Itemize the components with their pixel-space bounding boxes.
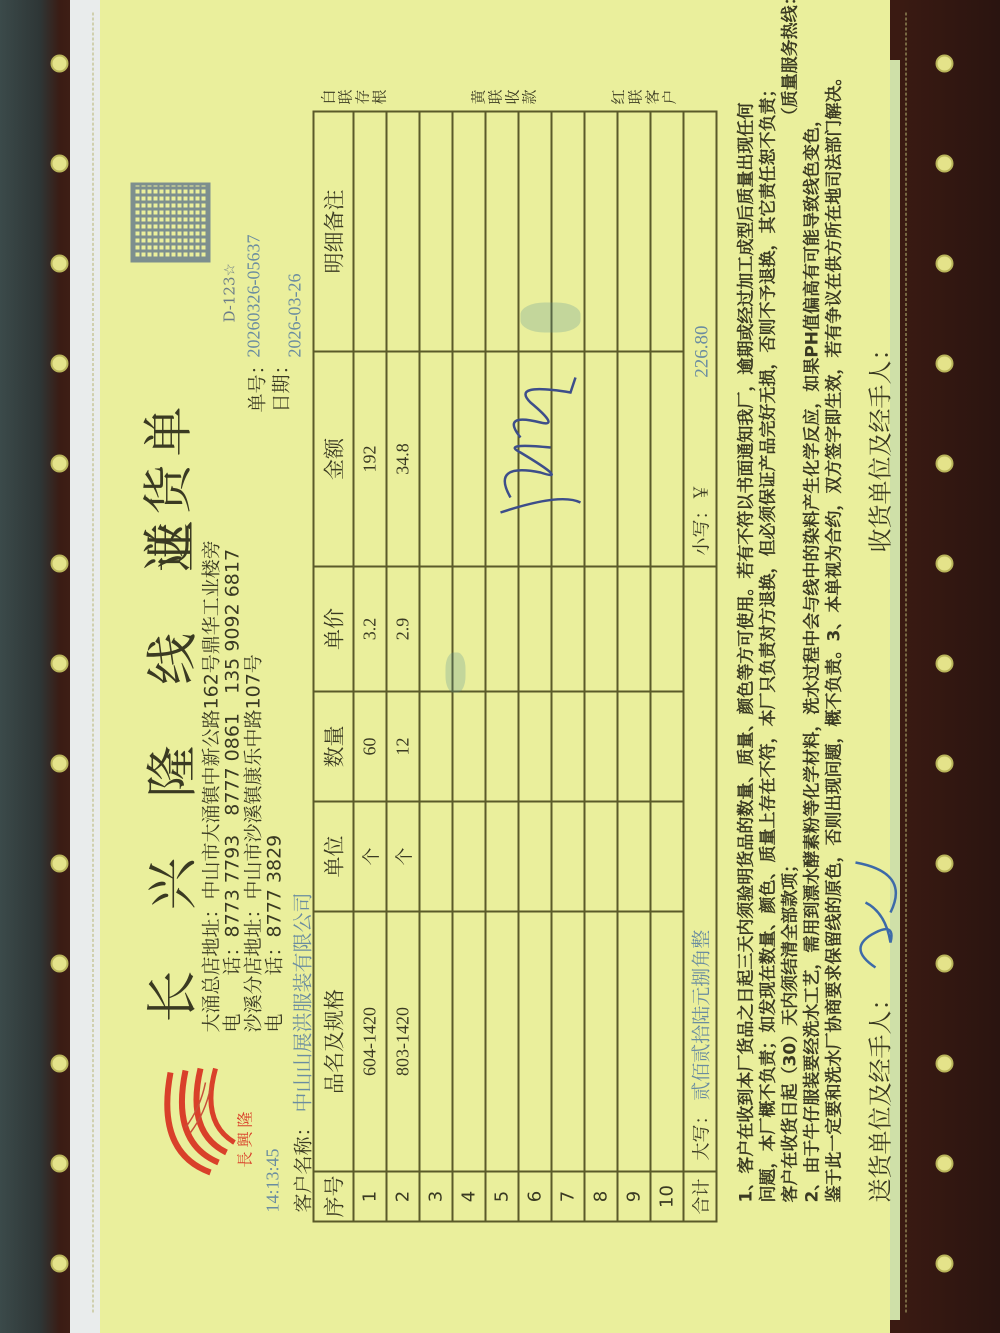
row-no: 1 (354, 1172, 387, 1222)
table-row: 1 604-1420 个 60 3.2 192 (354, 112, 387, 1222)
row-amount: 34.8 (387, 352, 420, 567)
header-qty: 数量 (314, 692, 354, 802)
row-item (519, 912, 552, 1172)
table-row: 10 (651, 112, 684, 1222)
branch-phone: 电 话：8777 3829 (260, 835, 287, 1033)
row-unit (453, 802, 486, 912)
row-unit (618, 802, 651, 912)
row-item (453, 912, 486, 1172)
terms-line-2: 问题，本厂概不负责；如发现在数量、颜色、质量上存在不符，本厂只负责对方退换，但必… (758, 103, 780, 1203)
row-qty (618, 692, 651, 802)
header-no: 序号 (314, 1172, 354, 1222)
header-unit: 单位 (314, 802, 354, 912)
tractor-holes-top (51, 0, 81, 1333)
row-qty: 60 (354, 692, 387, 802)
print-time: 14:13:45 (263, 1148, 284, 1212)
row-qty (552, 692, 585, 802)
row-unit (420, 802, 453, 912)
qr-code (131, 183, 211, 263)
row-note (585, 112, 618, 352)
row-no: 6 (519, 1172, 552, 1222)
row-no: 8 (585, 1172, 618, 1222)
date-value: 2026-03-26 (285, 274, 306, 358)
sender-signature (836, 853, 916, 973)
row-no: 7 (552, 1172, 585, 1222)
row-item (585, 912, 618, 1172)
row-price (651, 567, 684, 692)
terms-line-3: 客户在收货日起（30）天内须结清全部款项；（质量服务热线：13420441892… (780, 103, 802, 1203)
row-no: 3 (420, 1172, 453, 1222)
row-qty (420, 692, 453, 802)
print-code: D-123☆ (221, 263, 239, 322)
copy-yellow-label: 黄联收款 (471, 87, 539, 108)
receiver-signature-label: 收货单位及经手人： (861, 337, 896, 553)
row-price (552, 567, 585, 692)
row-note (486, 112, 519, 352)
row-no: 4 (453, 1172, 486, 1222)
row-amount (618, 352, 651, 567)
delivery-note: 長興隆 长 兴 隆 线 业 送货单 大涌总店地址：中山市大涌镇中新公路162号鼎… (1, 0, 1000, 1333)
row-item: 604-1420 (354, 912, 387, 1172)
tractor-holes-bottom (936, 0, 966, 1333)
uppercase-value: 贰佰贰拾陆元捌角整 (692, 930, 713, 1101)
row-note (387, 112, 420, 352)
row-price (519, 567, 552, 692)
row-no: 9 (618, 1172, 651, 1222)
copy-red-label: 红联客户 (611, 87, 679, 108)
row-note (618, 112, 651, 352)
row-amount (651, 352, 684, 567)
row-qty (486, 692, 519, 802)
header-amount: 金额 (314, 352, 354, 567)
copy-white-label: 白联存根 (321, 87, 389, 108)
uppercase-label: 大写： (692, 1107, 713, 1161)
header-note: 明细备注 (314, 112, 354, 352)
row-price (585, 567, 618, 692)
row-amount: 192 (354, 352, 387, 567)
perforation-line-top (93, 13, 94, 1313)
row-unit (651, 802, 684, 912)
document-title: 送货单 (129, 399, 201, 573)
order-no-value: 20260326-05637 (244, 235, 265, 358)
total-row: 合计 大写： 贰佰贰拾陆元捌角整 小写：￥ 226.80 (684, 112, 717, 1222)
row-qty (585, 692, 618, 802)
delivery-note-rotated: 長興隆 长 兴 隆 线 业 送货单 大涌总店地址：中山市大涌镇中新公路162号鼎… (1, 0, 1000, 1333)
row-note (420, 112, 453, 352)
row-unit (486, 802, 519, 912)
row-price (618, 567, 651, 692)
terms-payment: 客户在收货日起（30）天内须结清全部款项； (781, 856, 801, 1203)
row-unit (585, 802, 618, 912)
sender-signature-label: 送货单位及经手人： (861, 987, 896, 1203)
table-row: 8 (585, 112, 618, 1222)
quality-hotline: （质量服务热线：13420441892） (781, 0, 801, 856)
lowercase-value: 226.80 (691, 326, 712, 378)
row-price: 2.9 (387, 567, 420, 692)
total-lowercase: 小写：￥ 226.80 (684, 112, 717, 567)
row-note (453, 112, 486, 352)
table-row: 7 (552, 112, 585, 1222)
row-item (486, 912, 519, 1172)
row-item (618, 912, 651, 1172)
row-no: 5 (486, 1172, 519, 1222)
row-item (420, 912, 453, 1172)
ink-blot (521, 303, 581, 333)
row-item (651, 912, 684, 1172)
order-no-label: 单号： (243, 355, 270, 412)
terms-line-5: 鉴于此一定要和洗水厂协商要求保留线的原色，否则出现问题，概不负责。3、本单视为合… (824, 103, 846, 1203)
handwritten-signature (481, 373, 601, 523)
row-unit: 个 (387, 802, 420, 912)
row-item: 803-1420 (387, 912, 420, 1172)
row-qty (519, 692, 552, 802)
row-amount (420, 352, 453, 567)
row-qty: 12 (387, 692, 420, 802)
terms-line-4: 2、由于牛仔服装要经洗水工艺，需用到漂水酵素粉等化学材料，洗水过程中会与线中的染… (802, 103, 824, 1203)
table-row: 5 (486, 112, 519, 1222)
row-unit: 个 (354, 802, 387, 912)
header-price: 单价 (314, 567, 354, 692)
row-item (552, 912, 585, 1172)
row-note (354, 112, 387, 352)
table-row: 6 (519, 112, 552, 1222)
row-price (486, 567, 519, 692)
total-label: 合计 (684, 1172, 717, 1222)
terms-line-1: 1、客户在收到本厂货品之日起三天内须验明货品的数量、质量、颜色等方可使用。若有不… (736, 103, 758, 1203)
customer-label: 客户名称： (289, 1117, 316, 1212)
logo-text: 長興隆 (233, 1107, 256, 1167)
perforation-line-bottom (906, 13, 907, 1313)
row-qty (453, 692, 486, 802)
company-logo-icon (151, 1063, 241, 1183)
table-row: 9 (618, 112, 651, 1222)
row-no: 10 (651, 1172, 684, 1222)
row-price: 3.2 (354, 567, 387, 692)
branch-phone-label: 电 话： (264, 937, 286, 1032)
row-unit (552, 802, 585, 912)
terms-and-conditions: 1、客户在收到本厂货品之日起三天内须验明货品的数量、质量、颜色等方可使用。若有不… (736, 103, 846, 1203)
customer-name: 中山山展洪服装有限公司 (287, 893, 316, 1113)
company-name: 长 兴 隆 线 业 (131, 498, 206, 1022)
items-table: 序号 品名及规格 单位 数量 单价 金额 明细备注 1 604-1420 个 6… (313, 111, 718, 1223)
lowercase-label: 小写：￥ (691, 484, 712, 556)
row-qty (651, 692, 684, 802)
row-note (651, 112, 684, 352)
branch-phone-value: 8777 3829 (264, 835, 286, 938)
row-no: 2 (387, 1172, 420, 1222)
ink-blot (446, 653, 466, 693)
header-item: 品名及规格 (314, 912, 354, 1172)
table-row: 2 803-1420 个 12 2.9 34.8 (387, 112, 420, 1222)
date-label: 日期： (267, 355, 294, 412)
total-uppercase: 大写： 贰佰贰拾陆元捌角整 (684, 567, 717, 1172)
row-unit (519, 802, 552, 912)
table-header-row: 序号 品名及规格 单位 数量 单价 金额 明细备注 (314, 112, 354, 1222)
